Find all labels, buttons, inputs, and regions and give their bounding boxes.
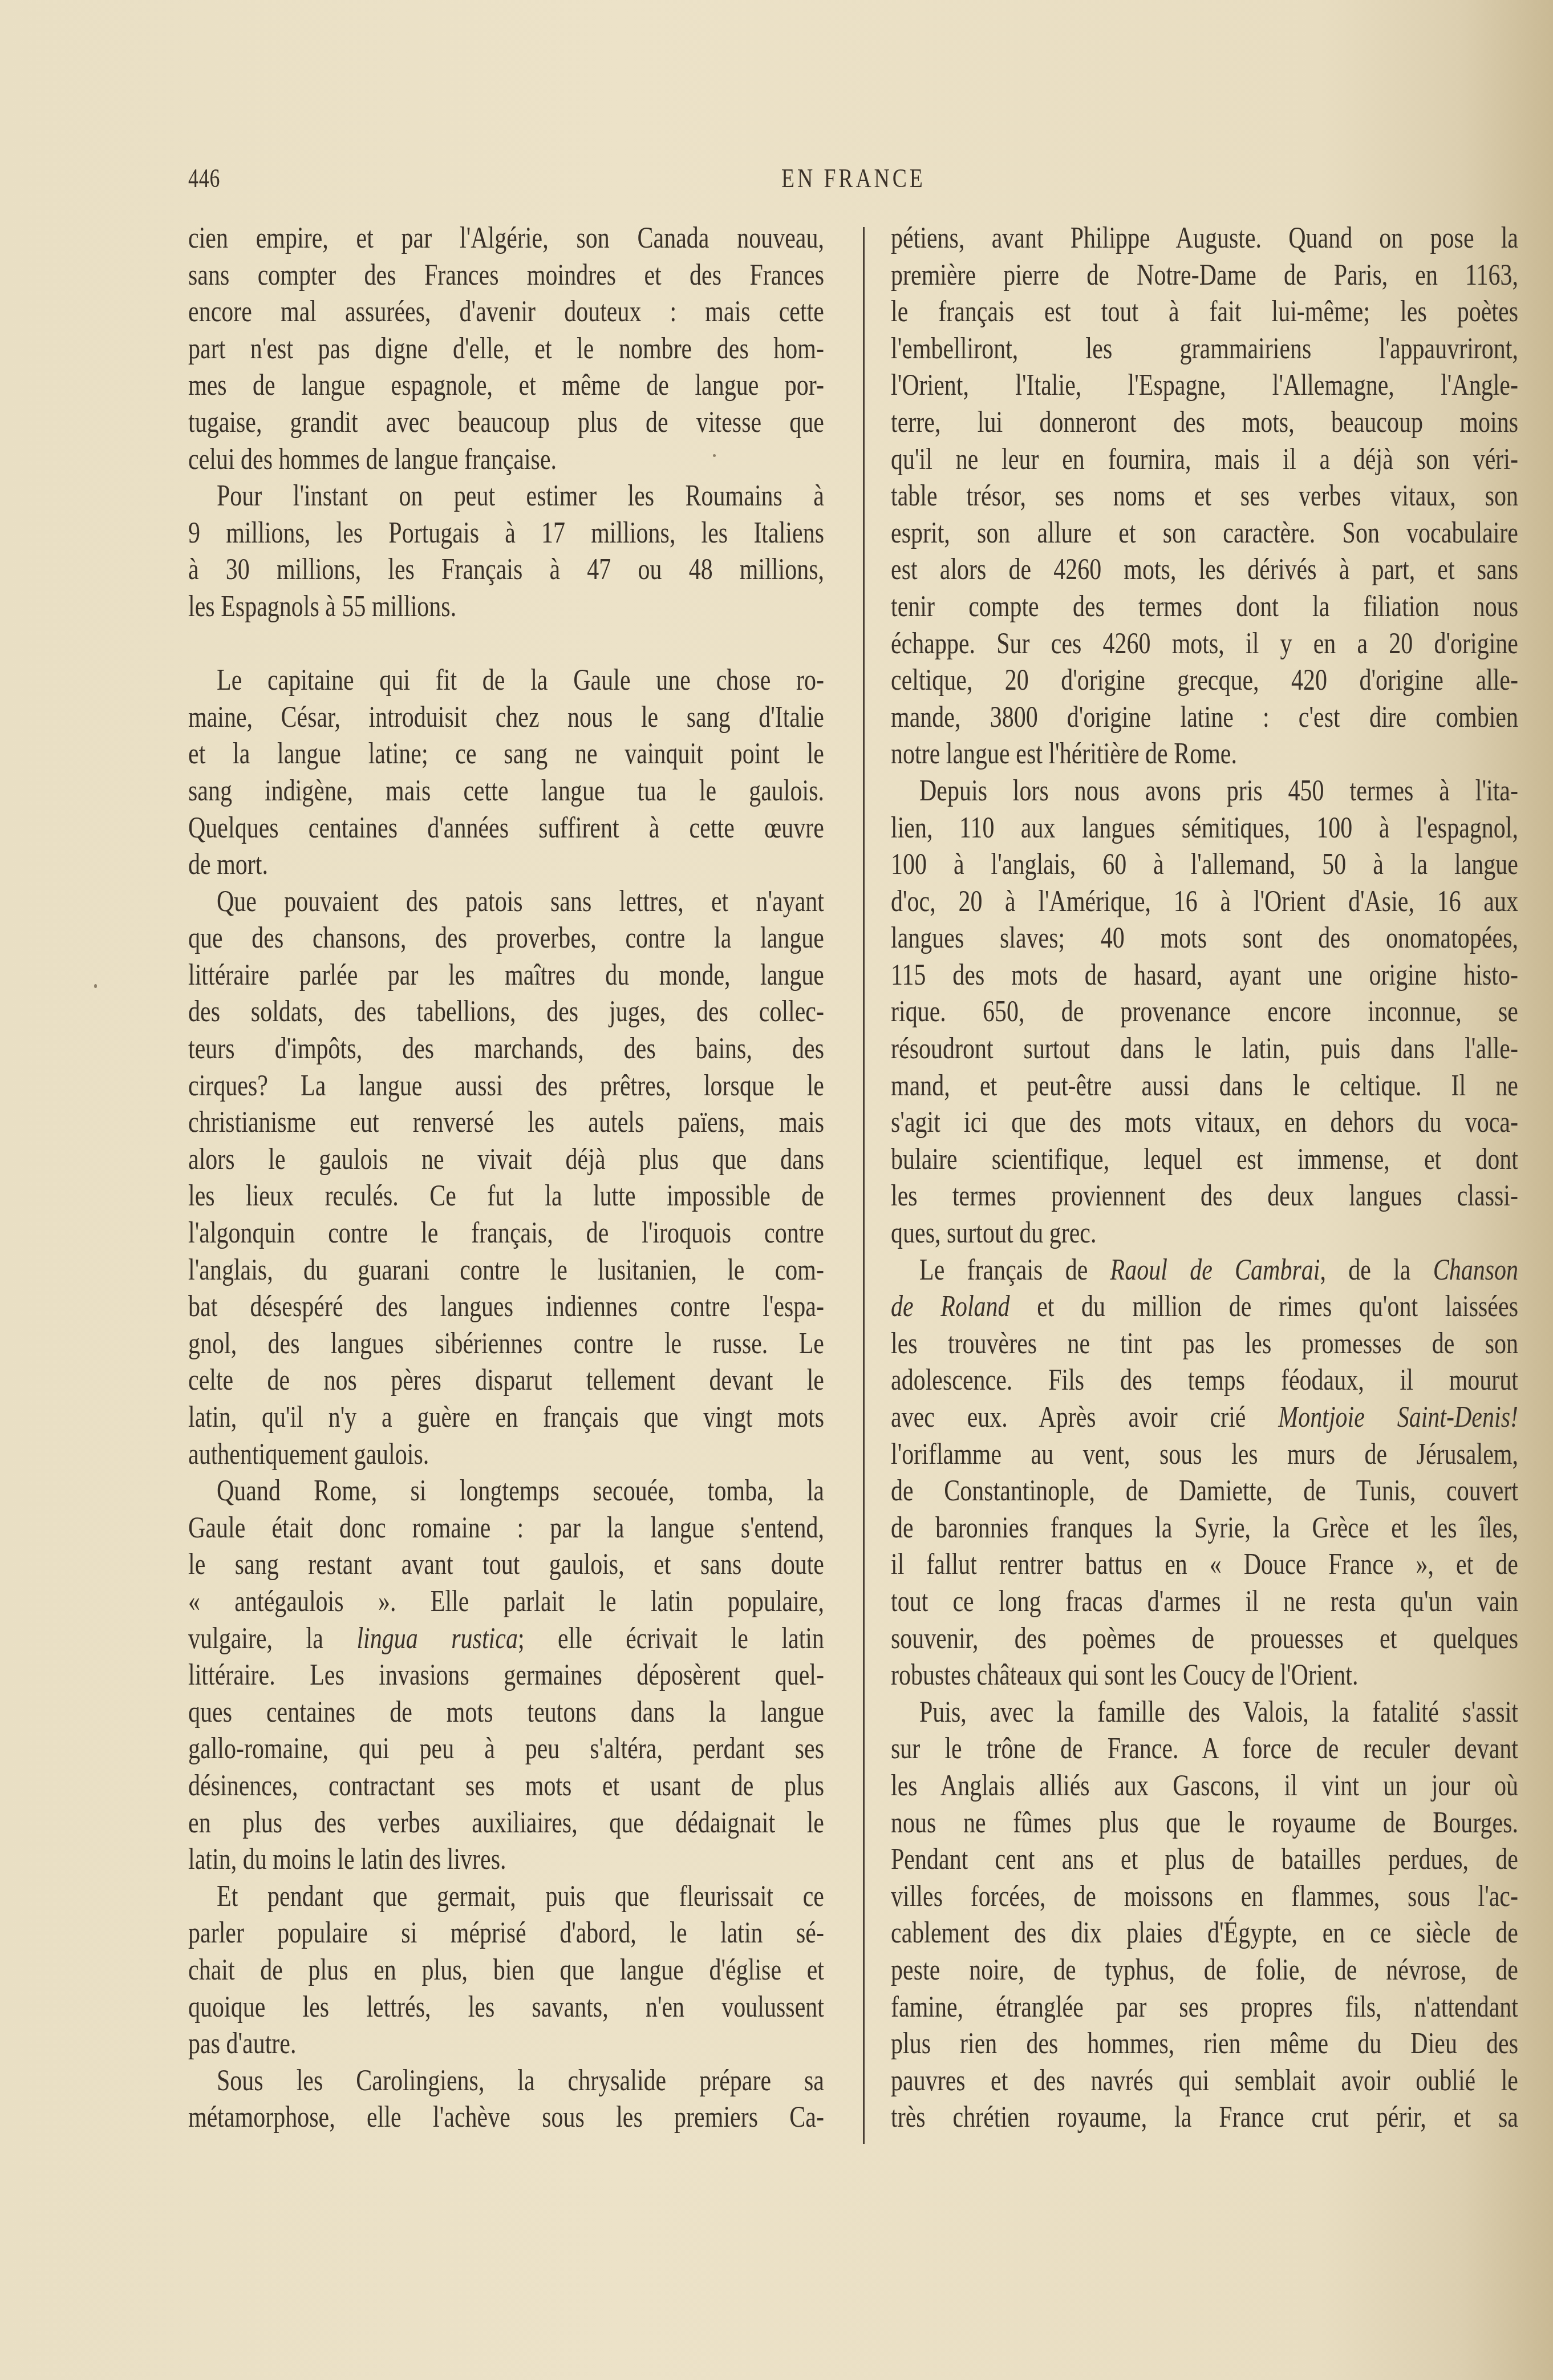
text-run: adolescence. Fils des temps féodaux, il … — [891, 1363, 1518, 1397]
text-line-content: de Constantinople, de Damiette, de Tunis… — [891, 1472, 1518, 1509]
text-line: s'agit ici que des mots vitaux, en dehor… — [891, 1104, 1518, 1141]
text-line: de mort. — [188, 846, 824, 883]
text-run: langues slaves; 40 mots sont des onomato… — [891, 921, 1518, 954]
text-run: teurs d'impôts, des marchands, des bains… — [188, 1032, 824, 1065]
text-line: latin, qu'il n'y a guère en français que… — [188, 1399, 824, 1436]
text-line: sang indigène, mais cette langue tua le … — [188, 772, 824, 809]
text-line: mand, et peut-être aussi dans le celtiqu… — [891, 1067, 1518, 1104]
text-run: Sous les Carolingiens, la chrysalide pré… — [217, 2064, 824, 2097]
text-line-content: terre, lui donneront des mots, beaucoup … — [891, 404, 1518, 441]
text-line-content: l'embelliront, les grammairiens l'appauv… — [891, 330, 1518, 367]
text-run: le sang restant avant tout gaulois, et s… — [188, 1548, 824, 1581]
text-line-content: Le français de Raoul de Cambrai, de la C… — [919, 1252, 1518, 1289]
text-line: tenir compte des termes dont la filiatio… — [891, 588, 1518, 625]
text-run: et du million de rimes qu'ont laissées — [1010, 1290, 1518, 1323]
text-run: Gaule était donc romaine : par la langue… — [188, 1511, 824, 1544]
text-line-content: de mort. — [188, 846, 824, 883]
text-line: sans compter des Frances moindres et des… — [188, 257, 824, 294]
text-line-content: celui des hommes de langue française. — [188, 441, 824, 478]
text-run: avec eux. Après avoir crié — [891, 1401, 1278, 1434]
text-run: peste noire, de typhus, de folie, de név… — [891, 1953, 1518, 1986]
text-line-content: 115 des mots de hasard, ayant une origin… — [891, 957, 1518, 994]
text-line-content: Le capitaine qui fit de la Gaule une cho… — [217, 662, 824, 699]
text-line-content: littéraire. Les invasions germaines dépo… — [188, 1657, 824, 1694]
text-line: nous ne fûmes plus que le royaume de Bou… — [891, 1804, 1518, 1841]
text-run: pas d'autre. — [188, 2027, 297, 2060]
text-run: Le français de — [919, 1253, 1110, 1286]
text-run: celui des hommes de langue française. — [188, 443, 557, 476]
text-line-content: s'agit ici que des mots vitaux, en dehor… — [891, 1104, 1518, 1141]
text-line-content: Gaule était donc romaine : par la langue… — [188, 1509, 824, 1547]
text-line-content: des soldats, des tabellions, des juges, … — [188, 993, 824, 1030]
text-line: esprit, son allure et son caractère. Son… — [891, 515, 1518, 552]
text-run: et la langue latine; ce sang ne vainquit… — [188, 737, 824, 770]
text-line-content: tout ce long fracas d'armes il ne resta … — [891, 1583, 1518, 1620]
text-line-content: Puis, avec la famille des Valois, la fat… — [919, 1694, 1518, 1731]
text-run: l'oriflamme au vent, sous les murs de Jé… — [891, 1438, 1518, 1471]
text-line-content: souvenir, des poèmes de prouesses et que… — [891, 1620, 1518, 1657]
text-line-content: tugaise, grandit avec beaucoup plus de v… — [188, 404, 824, 441]
text-run: plus rien des hommes, rien même du Dieu … — [891, 2027, 1518, 2060]
text-line-content: Depuis lors nous avons pris 450 termes à… — [919, 772, 1518, 809]
text-line-content: Que pouvaient des patois sans lettres, e… — [217, 883, 824, 920]
text-run: mes de langue espagnole, et même de lang… — [188, 369, 824, 402]
text-line: teurs d'impôts, des marchands, des bains… — [188, 1030, 824, 1067]
text-line-content: christianisme eut renversé les autels pa… — [188, 1104, 824, 1141]
text-line: celte de nos pères disparut tellement de… — [188, 1362, 824, 1399]
text-run: Puis, avec la famille des Valois, la fat… — [919, 1695, 1518, 1729]
italic-phrase: de Roland — [891, 1290, 1010, 1323]
text-line: bulaire scientifique, lequel est immense… — [891, 1141, 1518, 1178]
text-line: sur le trône de France. A force de recul… — [891, 1730, 1518, 1767]
text-line: souvenir, des poèmes de prouesses et que… — [891, 1620, 1518, 1657]
text-line-content: Quand Rome, si longtemps secouée, tomba,… — [217, 1472, 824, 1509]
text-line: le sang restant avant tout gaulois, et s… — [188, 1546, 824, 1583]
text-line: Quand Rome, si longtemps secouée, tomba,… — [188, 1472, 824, 1509]
text-run: il fallut rentrer battus en « Douce Fran… — [891, 1548, 1518, 1581]
text-line-content: échappe. Sur ces 4260 mots, il y en a 20… — [891, 625, 1518, 662]
text-run: les Anglais alliés aux Gascons, il vint … — [891, 1769, 1518, 1802]
text-run: en plus des verbes auxiliaires, que déda… — [188, 1806, 824, 1839]
text-line-content: cien empire, et par l'Algérie, son Canad… — [188, 220, 824, 257]
text-run: Quelques centaines d'années suffirent à … — [188, 811, 824, 844]
text-line: les Anglais alliés aux Gascons, il vint … — [891, 1767, 1518, 1804]
text-line: tugaise, grandit avec beaucoup plus de v… — [188, 404, 824, 441]
text-run: l'algonquin contre le français, de l'iro… — [188, 1216, 824, 1249]
left-column: cien empire, et par l'Algérie, son Canad… — [188, 220, 824, 2136]
text-line: christianisme eut renversé les autels pa… — [188, 1104, 824, 1141]
text-line: littéraire. Les invasions germaines dépo… — [188, 1657, 824, 1694]
text-run: , de la — [1320, 1253, 1433, 1286]
text-line: les termes proviennent des deux langues … — [891, 1177, 1518, 1215]
text-line: adolescence. Fils des temps féodaux, il … — [891, 1362, 1518, 1399]
text-line-content: bulaire scientifique, lequel est immense… — [891, 1141, 1518, 1178]
text-line-content: et la langue latine; ce sang ne vainquit… — [188, 735, 824, 772]
text-line: 9 millions, les Portugais à 17 millions,… — [188, 515, 824, 552]
text-line: ques, surtout du grec. — [891, 1215, 1518, 1252]
text-run: métamorphose, elle l'achève sous les pre… — [188, 2100, 824, 2134]
text-line: échappe. Sur ces 4260 mots, il y en a 20… — [891, 625, 1518, 662]
text-run: sur le trône de France. A force de recul… — [891, 1732, 1518, 1765]
text-run: robustes châteaux qui sont les Coucy de … — [891, 1658, 1358, 1691]
text-run: les Espagnols à 55 millions. — [188, 590, 456, 623]
text-line-content — [188, 625, 824, 662]
text-line-content: les lieux reculés. Ce fut la lutte impos… — [188, 1177, 824, 1215]
text-line-content: que des chansons, des proverbes, contre … — [188, 920, 824, 957]
text-line: en plus des verbes auxiliaires, que déda… — [188, 1804, 824, 1841]
text-run: latin, qu'il n'y a guère en français que… — [188, 1401, 824, 1434]
text-line-content: latin, du moins le latin des livres. — [188, 1841, 824, 1878]
text-line: langues slaves; 40 mots sont des onomato… — [891, 920, 1518, 957]
text-run: pauvres et des navrés qui semblait avoir… — [891, 2064, 1518, 2097]
text-run: esprit, son allure et son caractère. Son… — [891, 516, 1518, 549]
text-line-content: cirques? La langue aussi des prêtres, lo… — [188, 1067, 824, 1104]
text-line-content: qu'il ne leur en fournira, mais il a déj… — [891, 441, 1518, 478]
text-line-content: les trouvères ne tint pas les promesses … — [891, 1325, 1518, 1362]
text-run: tenir compte des termes dont la filiatio… — [891, 590, 1518, 623]
text-line-content: l'oriflamme au vent, sous les murs de Jé… — [891, 1436, 1518, 1473]
text-run: mande, 3800 d'origine latine : c'est dir… — [891, 701, 1518, 734]
text-line: cien empire, et par l'Algérie, son Canad… — [188, 220, 824, 257]
text-line: vulgaire, la lingua rustica; elle écriva… — [188, 1620, 824, 1657]
text-line-content: d'oc, 20 à l'Amérique, 16 à l'Orient d'A… — [891, 883, 1518, 920]
text-line: authentiquement gaulois. — [188, 1436, 824, 1473]
text-line-content: teurs d'impôts, des marchands, des bains… — [188, 1030, 824, 1067]
text-run: échappe. Sur ces 4260 mots, il y en a 20… — [891, 627, 1518, 660]
text-line: gnol, des langues sibériennes contre le … — [188, 1325, 824, 1362]
text-run: terre, lui donneront des mots, beaucoup … — [891, 406, 1518, 439]
text-line-content: le sang restant avant tout gaulois, et s… — [188, 1546, 824, 1583]
italic-phrase: Raoul de Cambrai — [1110, 1253, 1320, 1286]
italic-phrase: Montjoie Saint-Denis! — [1278, 1401, 1518, 1434]
text-line: parler populaire si méprisé d'abord, le … — [188, 1914, 824, 1952]
text-line: Quelques centaines d'années suffirent à … — [188, 809, 824, 847]
text-line-content: mes de langue espagnole, et même de lang… — [188, 367, 824, 404]
text-line: 100 à l'anglais, 60 à l'allemand, 50 à l… — [891, 846, 1518, 883]
text-line: d'oc, 20 à l'Amérique, 16 à l'Orient d'A… — [891, 883, 1518, 920]
text-line-content: mande, 3800 d'origine latine : c'est dir… — [891, 699, 1518, 736]
text-line: celtique, 20 d'origine grecque, 420 d'or… — [891, 662, 1518, 699]
text-line-content: pas d'autre. — [188, 2025, 824, 2062]
text-run: sans compter des Frances moindres et des… — [188, 258, 824, 292]
text-line-content: notre langue est l'héritière de Rome. — [891, 735, 1518, 772]
running-head: 446 EN FRANCE — [188, 163, 1517, 197]
text-line: mes de langue espagnole, et même de lang… — [188, 367, 824, 404]
text-line-content: gallo-romaine, qui peu à peu s'altéra, p… — [188, 1730, 824, 1767]
text-line: littéraire parlée par les maîtres du mon… — [188, 957, 824, 994]
text-run: très chrétien royaume, la France crut pé… — [891, 2100, 1518, 2134]
text-line-content: les Espagnols à 55 millions. — [188, 588, 824, 625]
text-run: bulaire scientifique, lequel est immense… — [891, 1143, 1518, 1176]
text-line-content: Et pendant que germait, puis que fleuris… — [217, 1878, 824, 1915]
text-line-content: résoudront surtout dans le latin, puis d… — [891, 1030, 1518, 1067]
text-run: pétiens, avant Philippe Auguste. Quand o… — [891, 221, 1518, 254]
text-run: de Constantinople, de Damiette, de Tunis… — [891, 1474, 1518, 1507]
text-line-content: mand, et peut-être aussi dans le celtiqu… — [891, 1067, 1518, 1104]
text-line-content: 9 millions, les Portugais à 17 millions,… — [188, 515, 824, 552]
text-line-content: bat désespéré des langues indiennes cont… — [188, 1288, 824, 1325]
text-line: l'oriflamme au vent, sous les murs de Jé… — [891, 1436, 1518, 1473]
text-line: peste noire, de typhus, de folie, de név… — [891, 1952, 1518, 1989]
text-line-content: encore mal assurées, d'avenir douteux : … — [188, 293, 824, 330]
text-run: Que pouvaient des patois sans lettres, e… — [217, 885, 824, 918]
text-line: famine, étranglée par ses propres fils, … — [891, 1989, 1518, 2026]
paper-speck — [713, 454, 716, 457]
page-number: 446 — [188, 163, 220, 193]
text-line-content: de Roland et du million de rimes qu'ont … — [891, 1288, 1518, 1325]
text-run: ques centaines de mots teutons dans la l… — [188, 1695, 824, 1729]
paper-speck — [94, 984, 97, 988]
text-line: plus rien des hommes, rien même du Dieu … — [891, 2025, 1518, 2062]
text-line: latin, du moins le latin des livres. — [188, 1841, 824, 1878]
text-line: l'Orient, l'Italie, l'Espagne, l'Allemag… — [891, 367, 1518, 404]
text-line: bat désespéré des langues indiennes cont… — [188, 1288, 824, 1325]
text-line-content: pauvres et des navrés qui semblait avoir… — [891, 2062, 1518, 2099]
text-line-content: de baronnies franques la Syrie, la Grèce… — [891, 1509, 1518, 1547]
text-line-content: part n'est pas digne d'elle, et le nombr… — [188, 330, 824, 367]
text-run: l'anglais, du guarani contre le lusitani… — [188, 1253, 824, 1286]
text-line: de Constantinople, de Damiette, de Tunis… — [891, 1472, 1518, 1509]
text-line-content: robustes châteaux qui sont les Coucy de … — [891, 1657, 1518, 1694]
text-run: première pierre de Notre-Dame de Paris, … — [891, 258, 1518, 292]
text-line-content: l'anglais, du guarani contre le lusitani… — [188, 1252, 824, 1289]
text-run: Pour l'instant on peut estimer les Rouma… — [217, 479, 824, 512]
text-line: le français est tout à fait lui-même; le… — [891, 293, 1518, 330]
running-title: EN FRANCE — [781, 163, 926, 193]
text-line-content: alors le gaulois ne vivait déjà plus que… — [188, 1141, 824, 1178]
text-line: cirques? La langue aussi des prêtres, lo… — [188, 1067, 824, 1104]
text-line-content: chait de plus en plus, bien que langue d… — [188, 1952, 824, 1989]
text-run: maine, César, introduisit chez nous le s… — [188, 701, 824, 734]
text-line: notre langue est l'héritière de Rome. — [891, 735, 1518, 772]
text-line-content: ques centaines de mots teutons dans la l… — [188, 1694, 824, 1731]
text-line: celui des hommes de langue française. — [188, 441, 824, 478]
text-line: avec eux. Après avoir crié Montjoie Sain… — [891, 1399, 1518, 1436]
text-line: tout ce long fracas d'armes il ne resta … — [891, 1583, 1518, 1620]
text-run: « antégaulois ». Elle parlait le latin p… — [188, 1585, 824, 1618]
text-run: le français est tout à fait lui-même; le… — [891, 295, 1518, 328]
text-run: Quand Rome, si longtemps secouée, tomba,… — [217, 1474, 824, 1507]
text-line-content: Quelques centaines d'années suffirent à … — [188, 809, 824, 847]
text-line: ques centaines de mots teutons dans la l… — [188, 1694, 824, 1731]
text-line-content: très chrétien royaume, la France crut pé… — [891, 2099, 1518, 2136]
text-run: authentiquement gaulois. — [188, 1438, 429, 1471]
text-line-content: tenir compte des termes dont la filiatio… — [891, 588, 1518, 625]
text-line-content: ques, surtout du grec. — [891, 1215, 1518, 1252]
book-page: 446 EN FRANCE cien empire, et par l'Algé… — [0, 0, 1553, 2380]
text-line-content: gnol, des langues sibériennes contre le … — [188, 1325, 824, 1362]
text-line: est alors de 4260 mots, les dérivés à pa… — [891, 551, 1518, 588]
text-line-content: langues slaves; 40 mots sont des onomato… — [891, 920, 1518, 957]
text-run: de mort. — [188, 848, 268, 881]
text-line: mande, 3800 d'origine latine : c'est dir… — [891, 699, 1518, 736]
text-run: table trésor, ses noms et ses verbes vit… — [891, 479, 1518, 512]
text-line: que des chansons, des proverbes, contre … — [188, 920, 824, 957]
italic-phrase: Chanson — [1433, 1253, 1518, 1286]
text-run: souvenir, des poèmes de prouesses et que… — [891, 1622, 1518, 1655]
text-line-content: esprit, son allure et son caractère. Son… — [891, 515, 1518, 552]
text-line-content: rique. 650, de provenance encore inconnu… — [891, 993, 1518, 1030]
text-run: 100 à l'anglais, 60 à l'allemand, 50 à l… — [891, 848, 1518, 881]
text-line: Pour l'instant on peut estimer les Rouma… — [188, 477, 824, 515]
text-line: villes forcées, de moissons en flammes, … — [891, 1878, 1518, 1915]
text-line-content: plus rien des hommes, rien même du Dieu … — [891, 2025, 1518, 2062]
text-line: 115 des mots de hasard, ayant une origin… — [891, 957, 1518, 994]
text-line: quoique les lettrés, les savants, n'en v… — [188, 1989, 824, 2026]
text-line-content: sur le trône de France. A force de recul… — [891, 1730, 1518, 1767]
text-run: Depuis lors nous avons pris 450 termes à… — [919, 774, 1518, 807]
text-line: pauvres et des navrés qui semblait avoir… — [891, 2062, 1518, 2099]
text-line-content: le français est tout à fait lui-même; le… — [891, 293, 1518, 330]
text-run: 9 millions, les Portugais à 17 millions,… — [188, 516, 824, 549]
text-run: gnol, des langues sibériennes contre le … — [188, 1327, 824, 1360]
text-run: notre langue est l'héritière de Rome. — [891, 737, 1237, 770]
text-line: première pierre de Notre-Dame de Paris, … — [891, 257, 1518, 294]
text-line-content: les Anglais alliés aux Gascons, il vint … — [891, 1767, 1518, 1804]
text-run: est alors de 4260 mots, les dérivés à pa… — [891, 553, 1518, 586]
text-line-content: 100 à l'anglais, 60 à l'allemand, 50 à l… — [891, 846, 1518, 883]
text-run: gallo-romaine, qui peu à peu s'altéra, p… — [188, 1732, 824, 1765]
text-run: celte de nos pères disparut tellement de… — [188, 1363, 824, 1397]
text-line: rique. 650, de provenance encore inconnu… — [891, 993, 1518, 1030]
text-line: métamorphose, elle l'achève sous les pre… — [188, 2099, 824, 2136]
text-run: famine, étranglée par ses propres fils, … — [891, 1990, 1518, 2023]
text-run: encore mal assurées, d'avenir douteux : … — [188, 295, 824, 328]
text-line-content: première pierre de Notre-Dame de Paris, … — [891, 257, 1518, 294]
text-line-content: Sous les Carolingiens, la chrysalide pré… — [217, 2062, 824, 2099]
text-line: lien, 110 aux langues sémitiques, 100 à … — [891, 809, 1518, 847]
text-line: terre, lui donneront des mots, beaucoup … — [891, 404, 1518, 441]
text-line: Sous les Carolingiens, la chrysalide pré… — [188, 2062, 824, 2099]
text-run: mand, et peut-être aussi dans le celtiqu… — [891, 1069, 1518, 1102]
column-divider-rule — [863, 227, 865, 2144]
text-line: gallo-romaine, qui peu à peu s'altéra, p… — [188, 1730, 824, 1767]
text-run: nous ne fûmes plus que le royaume de Bou… — [891, 1806, 1518, 1839]
text-line: Gaule était donc romaine : par la langue… — [188, 1509, 824, 1547]
text-run: cablement des dix plaies d'Égypte, en ce… — [891, 1916, 1518, 1949]
text-line-content: Pour l'instant on peut estimer les Rouma… — [217, 477, 824, 515]
text-run: vulgaire, la — [188, 1622, 356, 1655]
text-line: alors le gaulois ne vivait déjà plus que… — [188, 1141, 824, 1178]
text-line-content: Pendant cent ans et plus de batailles pe… — [891, 1841, 1518, 1878]
text-run: littéraire parlée par les maîtres du mon… — [188, 958, 824, 991]
text-run: les lieux reculés. Ce fut la lutte impos… — [188, 1179, 824, 1212]
text-line-content: il fallut rentrer battus en « Douce Fran… — [891, 1546, 1518, 1583]
text-run: part n'est pas digne d'elle, et le nombr… — [188, 332, 824, 365]
text-line-content: avec eux. Après avoir crié Montjoie Sain… — [891, 1399, 1518, 1436]
text-run: qu'il ne leur en fournira, mais il a déj… — [891, 443, 1518, 476]
text-line-content: désinences, contractant ses mots et usan… — [188, 1767, 824, 1804]
text-line-content: celte de nos pères disparut tellement de… — [188, 1362, 824, 1399]
text-line: pas d'autre. — [188, 2025, 824, 2062]
text-line-content: quoique les lettrés, les savants, n'en v… — [188, 1989, 824, 2026]
text-run: s'agit ici que des mots vitaux, en dehor… — [891, 1106, 1518, 1139]
text-run: sang indigène, mais cette langue tua le … — [188, 774, 824, 807]
text-line: des soldats, des tabellions, des juges, … — [188, 993, 824, 1030]
text-line: résoudront surtout dans le latin, puis d… — [891, 1030, 1518, 1067]
text-line-content: métamorphose, elle l'achève sous les pre… — [188, 2099, 824, 2136]
text-run: littéraire. Les invasions germaines dépo… — [188, 1658, 824, 1691]
text-line-content: est alors de 4260 mots, les dérivés à pa… — [891, 551, 1518, 588]
text-run: désinences, contractant ses mots et usan… — [188, 1769, 824, 1802]
text-run: les trouvères ne tint pas les promesses … — [891, 1327, 1518, 1360]
text-run: tugaise, grandit avec beaucoup plus de v… — [188, 406, 824, 439]
text-line: « antégaulois ». Elle parlait le latin p… — [188, 1583, 824, 1620]
text-line — [188, 625, 824, 662]
text-line: de baronnies franques la Syrie, la Grèce… — [891, 1509, 1518, 1547]
text-line-content: lien, 110 aux langues sémitiques, 100 à … — [891, 809, 1518, 847]
text-line-content: l'Orient, l'Italie, l'Espagne, l'Allemag… — [891, 367, 1518, 404]
text-line: il fallut rentrer battus en « Douce Fran… — [891, 1546, 1518, 1583]
text-line: pétiens, avant Philippe Auguste. Quand o… — [891, 220, 1518, 257]
text-line: cablement des dix plaies d'Égypte, en ce… — [891, 1914, 1518, 1952]
text-line-content: sans compter des Frances moindres et des… — [188, 257, 824, 294]
text-line-content: en plus des verbes auxiliaires, que déda… — [188, 1804, 824, 1841]
text-run: ; elle écrivait le latin — [518, 1622, 824, 1655]
text-run: Et pendant que germait, puis que fleuris… — [217, 1880, 824, 1913]
text-line-content: celtique, 20 d'origine grecque, 420 d'or… — [891, 662, 1518, 699]
text-run: rique. 650, de provenance encore inconnu… — [891, 995, 1518, 1028]
text-line: robustes châteaux qui sont les Coucy de … — [891, 1657, 1518, 1694]
text-line: Puis, avec la famille des Valois, la fat… — [891, 1694, 1518, 1731]
text-run: de baronnies franques la Syrie, la Grèce… — [891, 1511, 1518, 1544]
text-line-content: adolescence. Fils des temps féodaux, il … — [891, 1362, 1518, 1399]
text-line: chait de plus en plus, bien que langue d… — [188, 1952, 824, 1989]
text-line-content: villes forcées, de moissons en flammes, … — [891, 1878, 1518, 1915]
text-line-content: authentiquement gaulois. — [188, 1436, 824, 1473]
text-run: chait de plus en plus, bien que langue d… — [188, 1953, 824, 1986]
text-run: 115 des mots de hasard, ayant une origin… — [891, 958, 1518, 991]
text-line: et la langue latine; ce sang ne vainquit… — [188, 735, 824, 772]
text-line-content: l'algonquin contre le français, de l'iro… — [188, 1215, 824, 1252]
text-line-content: table trésor, ses noms et ses verbes vit… — [891, 477, 1518, 515]
text-line: Pendant cent ans et plus de batailles pe… — [891, 1841, 1518, 1878]
text-run: l'Orient, l'Italie, l'Espagne, l'Allemag… — [891, 369, 1518, 402]
text-run: que des chansons, des proverbes, contre … — [188, 921, 824, 954]
text-line: table trésor, ses noms et ses verbes vit… — [891, 477, 1518, 515]
text-run: à 30 millions, les Français à 47 ou 48 m… — [188, 553, 824, 586]
text-run: Pendant cent ans et plus de batailles pe… — [891, 1843, 1518, 1876]
text-line-content: sang indigène, mais cette langue tua le … — [188, 772, 824, 809]
text-run: Le capitaine qui fit de la Gaule une cho… — [217, 663, 824, 697]
text-run: tout ce long fracas d'armes il ne resta … — [891, 1585, 1518, 1618]
text-line: les trouvères ne tint pas les promesses … — [891, 1325, 1518, 1362]
text-run: cien empire, et par l'Algérie, son Canad… — [188, 221, 824, 254]
text-run: les termes proviennent des deux langues … — [891, 1179, 1518, 1212]
italic-phrase: lingua rustica — [356, 1622, 518, 1655]
text-line: Le capitaine qui fit de la Gaule une cho… — [188, 662, 824, 699]
text-run: lien, 110 aux langues sémitiques, 100 à … — [891, 811, 1518, 844]
text-run: celtique, 20 d'origine grecque, 420 d'or… — [891, 663, 1518, 697]
text-line: de Roland et du million de rimes qu'ont … — [891, 1288, 1518, 1325]
right-column: pétiens, avant Philippe Auguste. Quand o… — [891, 220, 1518, 2136]
text-line-content: maine, César, introduisit chez nous le s… — [188, 699, 824, 736]
text-line-content: nous ne fûmes plus que le royaume de Bou… — [891, 1804, 1518, 1841]
text-line-content: à 30 millions, les Français à 47 ou 48 m… — [188, 551, 824, 588]
text-run: villes forcées, de moissons en flammes, … — [891, 1880, 1518, 1913]
text-line: à 30 millions, les Français à 47 ou 48 m… — [188, 551, 824, 588]
text-run: quoique les lettrés, les savants, n'en v… — [188, 1990, 824, 2023]
text-line-content: cablement des dix plaies d'Égypte, en ce… — [891, 1914, 1518, 1952]
text-line: maine, César, introduisit chez nous le s… — [188, 699, 824, 736]
text-line: part n'est pas digne d'elle, et le nombr… — [188, 330, 824, 367]
text-line: l'algonquin contre le français, de l'iro… — [188, 1215, 824, 1252]
text-line-content: parler populaire si méprisé d'abord, le … — [188, 1914, 824, 1952]
text-run: résoudront surtout dans le latin, puis d… — [891, 1032, 1518, 1065]
text-run: parler populaire si méprisé d'abord, le … — [188, 1916, 824, 1949]
text-run: d'oc, 20 à l'Amérique, 16 à l'Orient d'A… — [891, 885, 1518, 918]
text-line: Le français de Raoul de Cambrai, de la C… — [891, 1252, 1518, 1289]
